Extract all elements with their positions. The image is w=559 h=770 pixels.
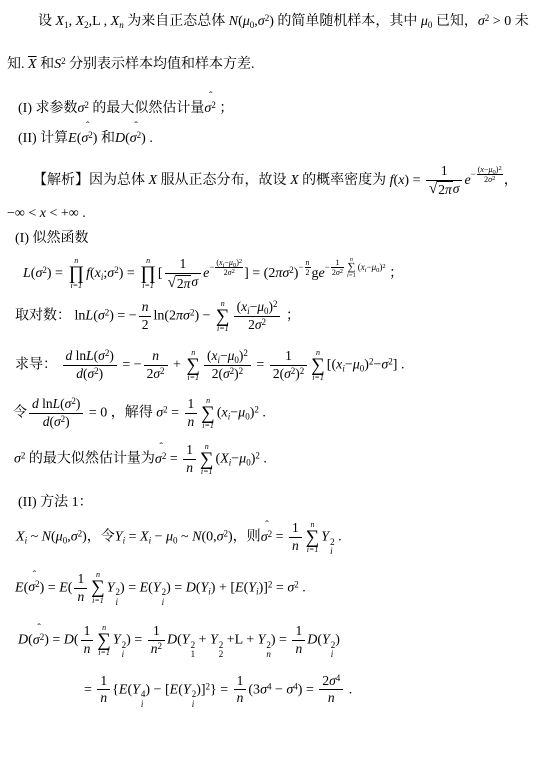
math-text: −	[271, 682, 286, 697]
math-var: D	[307, 633, 317, 648]
math-hat-accent: ˆσ2	[81, 129, 92, 149]
math-var: Y	[132, 682, 140, 697]
document-page: 设 X1, X2,L , Xn 为来自正态总体 N(μ0,σ2) 的简单随机样本…	[0, 0, 559, 770]
summation-operator: n∑i=1	[91, 571, 105, 604]
math-text: ] = (2	[244, 266, 275, 281]
math-fraction: 1n	[97, 673, 110, 708]
math-var: n	[292, 538, 299, 553]
math-text: ) =	[404, 173, 424, 188]
math-text: 2	[438, 182, 445, 197]
math-text: −	[220, 348, 228, 363]
math-var: μ	[353, 358, 360, 373]
math-text: =	[125, 530, 140, 545]
math-text: −	[209, 262, 214, 272]
math-text: (II) 计算	[18, 131, 68, 146]
operator-lower-limit: i=1	[91, 597, 105, 605]
math-fraction: (x−μ0)22σ2	[477, 165, 503, 185]
math-var: E	[140, 580, 149, 595]
math-denominator: 2σ2	[477, 175, 503, 185]
hat-base: σ2	[130, 131, 141, 146]
operator-symbol: ∑	[91, 579, 105, 596]
math-fraction: n2	[305, 258, 311, 278]
formula-derivative: 求导： d lnL(σ2)d(σ2) = −n2σ2 + n∑i=1(xi−μ0…	[7, 348, 553, 383]
hat-base: σ2	[261, 530, 272, 545]
math-denominator: 2σ2	[144, 366, 168, 383]
math-superscript: 2	[273, 299, 278, 309]
math-text: )	[76, 396, 81, 411]
math-text: 1	[285, 348, 292, 363]
math-text: ) =	[271, 633, 291, 648]
math-numerator: 1	[289, 520, 302, 538]
math-text: ~	[27, 530, 42, 545]
math-text: )	[65, 414, 70, 429]
math-text: +L +	[223, 633, 257, 648]
math-text: ；	[282, 309, 300, 324]
math-var: n	[152, 348, 159, 363]
math-text: [(	[327, 358, 336, 373]
math-text: ) −	[194, 309, 214, 324]
section-i-heading: (I) 似然函数	[7, 229, 553, 249]
math-var: Y	[258, 633, 266, 648]
math-text: ] .	[393, 358, 405, 373]
method-1-heading: (II) 方法 1：	[7, 493, 553, 513]
math-numerator: (xi−μ0)2	[215, 258, 243, 269]
math-text: = 0 ，解得	[85, 405, 156, 420]
math-text: ,	[69, 14, 76, 29]
math-text: 的最大似然估计量为	[25, 452, 155, 467]
operator-symbol: ∑	[97, 632, 111, 649]
math-text: −	[231, 452, 239, 467]
math-text: 知.	[7, 57, 28, 72]
math-numerator: 1	[148, 623, 165, 641]
math-fraction: (xi−μ0)22σ2	[234, 299, 281, 334]
math-text: )，则	[228, 530, 261, 545]
summation-operator: n∑i=1	[201, 397, 215, 430]
math-fraction: 1n	[292, 623, 305, 658]
math-sqrt: √2π	[429, 181, 453, 198]
math-denominator: n	[234, 690, 247, 707]
math-text: =	[166, 452, 181, 467]
math-text: .	[299, 580, 306, 595]
math-denominator: n	[185, 414, 198, 431]
math-var: Y	[107, 580, 115, 595]
math-var: σ	[130, 131, 137, 146]
math-numerator: 1	[270, 348, 307, 366]
hat-base: σ2	[155, 452, 166, 467]
operator-symbol: ∑	[201, 405, 215, 422]
math-subscript: i	[331, 650, 336, 659]
math-var: σ	[98, 309, 105, 324]
math-numerator: d lnL(σ2)	[63, 348, 117, 366]
math-text: 为来自正态总体	[124, 14, 229, 29]
math-var: σ	[453, 181, 460, 196]
math-subscript: i	[141, 700, 146, 709]
math-fraction: 1√2πσ	[165, 256, 201, 291]
math-text: 1	[100, 673, 107, 688]
math-var: Y	[113, 633, 121, 648]
hat-base: σ2	[204, 101, 215, 116]
operator-symbol: ∑	[311, 357, 325, 374]
intro-line-2: 知. X 和S2 分别表示样本均值和样本方差.	[7, 55, 553, 75]
math-denominator: n	[97, 690, 110, 707]
math-superscript: 2	[498, 165, 501, 172]
operator-symbol: ∑	[306, 529, 320, 546]
math-var: n	[186, 460, 193, 475]
math-text: )]	[196, 682, 205, 697]
math-text: 的概率密度为	[299, 173, 390, 188]
math-denominator: √2πσ	[426, 181, 462, 198]
math-text: .	[335, 530, 342, 545]
radical-icon: √	[168, 275, 176, 292]
math-text: {	[112, 682, 119, 697]
math-denominator: 2	[305, 268, 311, 278]
math-var: σ	[329, 673, 336, 688]
math-text: ，	[504, 173, 518, 188]
math-var: Y	[322, 633, 330, 648]
math-text: (	[74, 633, 79, 648]
math-superscript: 2	[157, 641, 162, 651]
math-numerator: (xi−μ0)2	[234, 299, 281, 317]
hat-icon: ˆ	[33, 570, 37, 581]
math-text: ) =	[166, 580, 186, 595]
math-fraction: 2σ4n	[319, 673, 343, 708]
math-exponent: −12σ2n∑i=1(xi−μ0)2	[325, 257, 386, 279]
operator-symbol: ∑	[200, 451, 214, 468]
math-text: )，令	[82, 530, 115, 545]
operator-lower-limit: i=1	[200, 468, 214, 476]
math-subscript: i	[122, 650, 127, 659]
math-var: E	[15, 580, 24, 595]
math-text: ) 的简单随机样本，其中	[269, 14, 421, 29]
math-text: =	[272, 580, 287, 595]
operator-lower-limit: i=1	[311, 374, 325, 382]
math-hat-accent: ˆσ2	[33, 631, 44, 651]
math-numerator: (xi−μ0)2	[204, 348, 251, 366]
math-text: ) − [	[145, 682, 169, 697]
math-var: σ	[258, 14, 265, 29]
math-text: )	[335, 633, 340, 648]
math-var: D	[115, 131, 125, 146]
math-var: σ	[155, 452, 162, 467]
math-var: π	[184, 276, 191, 291]
hat-icon: ˆ	[37, 623, 41, 634]
analysis-intro: 【解析】因为总体 X 服从正态分布，故设 X 的概率密度为 f(x) = 1√2…	[7, 163, 553, 198]
math-text: ) + [	[211, 580, 235, 595]
math-var: n	[84, 641, 91, 656]
math-text: .	[260, 452, 267, 467]
math-denominator: n	[319, 690, 343, 707]
math-hat-accent: ˆσ2	[204, 99, 215, 119]
hat-icon: ˆ	[209, 91, 213, 102]
math-text: ln	[72, 348, 86, 363]
math-text: −	[298, 262, 303, 272]
math-denominator: 2	[139, 317, 152, 334]
math-fraction: 12(σ2)2	[270, 348, 307, 383]
hat-icon: ˆ	[86, 121, 90, 132]
operator-lower-limit: i=1	[306, 546, 320, 554]
math-var: d	[76, 366, 83, 381]
math-var: σ	[284, 366, 291, 381]
math-text: 1	[295, 623, 302, 638]
math-text: 设	[38, 14, 56, 29]
math-var: X	[111, 14, 120, 29]
summation-operator: n∑i=1	[311, 349, 325, 382]
math-overline: X	[28, 57, 37, 72]
math-text: =	[253, 358, 268, 373]
math-text: −	[471, 169, 476, 179]
math-var: E	[235, 580, 244, 595]
sqrt-body: 2π	[437, 181, 453, 198]
math-var: μ	[421, 14, 428, 29]
math-numerator: 1	[183, 442, 196, 460]
math-text: 1	[77, 571, 84, 586]
operator-lower-limit: i=1	[140, 282, 156, 290]
math-text: −	[151, 530, 166, 545]
math-var: σ	[183, 309, 190, 324]
formula-setup: Xi ~ N(μ0,σ2)，令Yi = Xi − μ0 ~ N(0,σ2)，则ˆ…	[7, 520, 553, 556]
math-subscript: 1	[191, 650, 196, 659]
math-var: π	[445, 182, 452, 197]
math-var: E	[59, 580, 68, 595]
math-var: D	[64, 633, 74, 648]
math-numerator: 1	[81, 623, 94, 641]
math-denominator: n	[292, 641, 305, 658]
math-text: ) 和	[93, 131, 115, 146]
math-text: 2	[177, 276, 184, 291]
math-superscript: 2	[160, 366, 165, 376]
hat-base: σ2	[81, 131, 92, 146]
math-numerator: n	[305, 258, 311, 269]
math-var: μ	[243, 14, 250, 29]
math-fraction: 1n	[81, 623, 94, 658]
math-denominator: 2(σ2)2	[270, 366, 307, 383]
math-var: σ	[98, 348, 105, 363]
math-var: S	[54, 57, 61, 72]
radical-icon: √	[429, 181, 437, 198]
math-var: D	[167, 633, 177, 648]
formula-likelihood: L(σ2) = n∏i=1f(xi;σ2) = n∏i=1[1√2πσe−(xi…	[7, 256, 553, 291]
math-text: 的最大似然估计量	[89, 101, 205, 116]
math-text: −∞ <	[7, 206, 40, 221]
math-fraction: 1n	[183, 442, 196, 477]
math-denominator: n	[183, 460, 196, 477]
operator-lower-limit: i=1	[68, 282, 84, 290]
math-denominator: n	[74, 589, 87, 606]
math-var: Y	[153, 580, 161, 595]
math-var: X	[140, 530, 149, 545]
math-fraction: n2σ2	[144, 348, 168, 383]
hat-base: σ2	[33, 633, 44, 648]
math-text: 求导：	[15, 358, 61, 373]
math-numerator: 1	[165, 256, 201, 274]
math-text: 1	[441, 163, 448, 178]
math-var: σ	[54, 414, 61, 429]
math-denominator: n	[81, 641, 94, 658]
math-text: 取对数：	[15, 309, 75, 324]
formula-expectation: E(ˆσ2) = E(1nn∑i=1Y2i) = E(Y2i) = D(Yi) …	[7, 571, 553, 607]
math-text: 已知，	[432, 14, 478, 29]
math-text: −	[325, 262, 330, 272]
product-operator: n∏i=1	[140, 257, 156, 290]
math-text: =	[168, 405, 183, 420]
math-text: ) =	[298, 682, 318, 697]
hat-icon: ˆ	[134, 121, 138, 132]
math-var: L	[23, 266, 31, 281]
math-fraction: d lnL(σ2)d(σ2)	[63, 348, 117, 383]
math-numerator: 1	[74, 571, 87, 589]
hat-icon: ˆ	[265, 520, 269, 531]
math-hat-accent: ˆσ2	[261, 528, 272, 548]
question-2: (II) 计算E(ˆσ2) 和D(ˆσ2) .	[7, 129, 553, 149]
math-text: )	[99, 366, 104, 381]
math-var: n	[142, 299, 149, 314]
math-var: σ	[33, 633, 40, 648]
math-text: ln	[75, 309, 86, 324]
math-text: ) =	[126, 633, 146, 648]
math-numerator: (x−μ0)2	[477, 165, 503, 176]
math-text: −	[345, 358, 353, 373]
math-text: 1	[153, 623, 160, 638]
hat-icon: ˆ	[159, 442, 163, 453]
operator-symbol: ∏	[140, 265, 156, 282]
math-text: = −	[119, 358, 142, 373]
hat-base: σ2	[28, 580, 39, 595]
math-text: 1	[335, 258, 339, 267]
math-text: ) =	[119, 266, 139, 281]
math-superscript: 2	[243, 348, 248, 358]
math-fraction: 1√2πσ	[426, 163, 462, 198]
math-var: Y	[210, 633, 218, 648]
math-text: ,L ,	[89, 14, 111, 29]
formula-log: 取对数： lnL(σ2) = −n2ln(2πσ2) − n∑i=1(xi−μ0…	[7, 299, 553, 334]
math-text: (3	[248, 682, 260, 697]
math-var: Y	[321, 530, 329, 545]
math-text: 令	[13, 405, 27, 420]
math-fraction: n2	[139, 299, 152, 334]
math-text: 1	[179, 256, 186, 271]
math-var: σ	[14, 452, 21, 467]
math-text: 2(	[273, 366, 284, 381]
math-fraction: 1n	[289, 520, 302, 555]
math-numerator: n	[139, 299, 152, 317]
math-text: (I) 求参数	[18, 101, 78, 116]
math-fraction: (xi−μ0)22σ2	[215, 258, 243, 278]
math-superscript: 2	[232, 268, 235, 275]
math-text: g	[312, 266, 319, 281]
math-text: (0,	[201, 530, 216, 545]
math-var: n	[295, 641, 302, 656]
sqrt-body: 2π	[176, 275, 192, 292]
math-hat-accent: ˆσ2	[155, 450, 166, 470]
math-var: N	[229, 14, 238, 29]
math-text: > 0 未	[489, 14, 528, 29]
math-fraction: 1n	[74, 571, 87, 606]
math-text: 【解析】因为总体	[33, 173, 149, 188]
math-denominator: √2πσ	[165, 274, 201, 291]
summation-operator: n∑i=1	[306, 521, 320, 554]
math-var: σ	[260, 682, 267, 697]
math-var: X	[28, 57, 37, 72]
math-numerator: 1	[292, 623, 305, 641]
math-text: )]	[259, 580, 268, 595]
summation-operator: n∑i=1	[97, 624, 111, 657]
math-text: 1	[237, 673, 244, 688]
question-1: (I) 求参数σ2 的最大似然估计量ˆσ2 ；	[7, 99, 553, 119]
math-text: ) =	[120, 580, 140, 595]
math-var: N	[42, 530, 51, 545]
domain-line: −∞ < x < +∞ .	[7, 204, 553, 224]
math-var: X	[76, 14, 85, 29]
math-text: } =	[210, 682, 232, 697]
math-var: π	[176, 309, 183, 324]
math-exponent: −(xi−μ0)22σ2	[209, 258, 244, 278]
math-subscript: 2	[219, 650, 224, 659]
math-denominator: 2σ2	[234, 317, 281, 334]
math-numerator: 1	[185, 396, 198, 414]
math-var: X	[56, 14, 65, 29]
math-text: ) =	[40, 580, 60, 595]
math-text: 2	[248, 317, 255, 332]
math-var: X	[290, 173, 299, 188]
math-text: 1	[84, 623, 91, 638]
math-numerator: n	[144, 348, 168, 366]
summation-operator: n∑i=1	[216, 300, 230, 333]
math-denominator: n2	[148, 641, 165, 658]
math-text: (II) 方法 1：	[18, 495, 93, 510]
math-text: 2(	[212, 366, 223, 381]
math-var: σ	[191, 274, 198, 289]
math-var: X	[149, 173, 158, 188]
math-exponent: −n2	[298, 258, 311, 278]
math-var: n	[100, 690, 107, 705]
math-text: ) =	[44, 633, 64, 648]
product-operator: n∏i=1	[68, 257, 84, 290]
math-text: ) =	[47, 266, 67, 281]
math-var: μ	[166, 530, 173, 545]
math-numerator: 2σ4	[319, 673, 343, 691]
math-text: ；	[386, 266, 404, 281]
math-denominator: n	[289, 538, 302, 555]
math-text: 2	[142, 317, 149, 332]
math-denominator: 2σ2	[331, 268, 344, 278]
math-var: σ	[71, 530, 78, 545]
math-var: D	[186, 580, 196, 595]
math-text: 服从正态分布，故设	[157, 173, 290, 188]
math-text: ~	[178, 530, 193, 545]
math-text: =	[84, 682, 95, 697]
operator-lower-limit: i=1	[216, 325, 230, 333]
math-var: Y	[248, 580, 256, 595]
math-superscript: 2	[340, 268, 343, 275]
math-text: (I) 似然函数	[15, 231, 89, 246]
math-fraction: 1n	[234, 673, 247, 708]
formula-solve: 令d lnL(σ2)d(σ2) = 0 ，解得 σ2 = 1nn∑i=1(xi−…	[7, 396, 553, 431]
math-fraction: (xi−μ0)22(σ2)2	[204, 348, 251, 383]
operator-symbol: ∑	[347, 263, 356, 273]
intro-line-1: 设 X1, X2,L , Xn 为来自正态总体 N(μ0,σ2) 的简单随机样本…	[7, 12, 553, 32]
math-fraction: 1n2	[148, 623, 165, 658]
math-subscript: i	[162, 598, 167, 607]
operator-symbol: ∏	[68, 265, 84, 282]
math-text: 1	[186, 442, 193, 457]
math-superscript: 2	[239, 258, 242, 265]
math-var: σ	[478, 14, 485, 29]
math-var: n	[77, 589, 84, 604]
math-var: E	[170, 682, 179, 697]
math-text: ；	[216, 101, 234, 116]
math-fraction: d lnL(σ2)d(σ2)	[29, 396, 83, 431]
math-text: 1	[188, 396, 195, 411]
